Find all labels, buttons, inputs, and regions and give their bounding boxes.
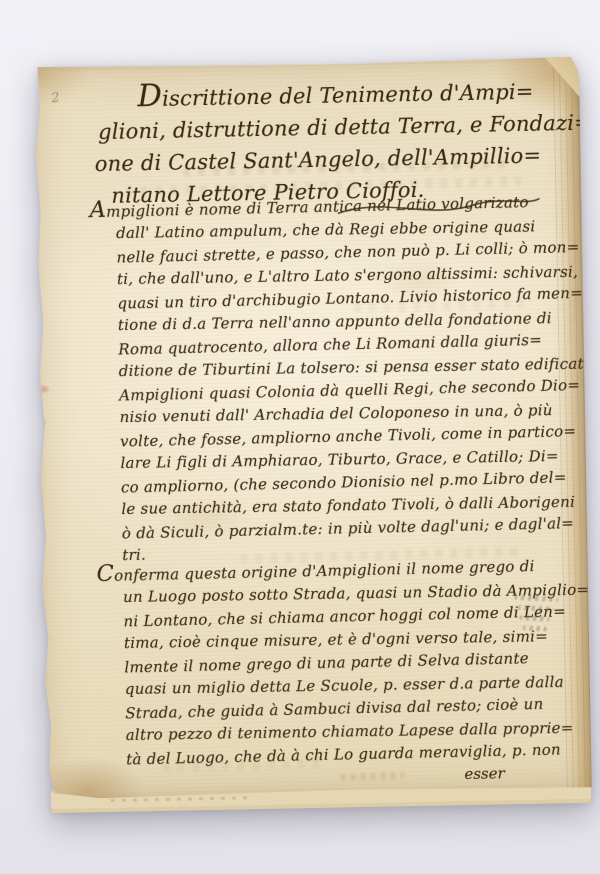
paragraph-block-2: Conferma questa origine d'Ampiglioni il … xyxy=(96,553,574,771)
pencil-margin-note xyxy=(507,595,559,637)
photo-background: 2 Discrittione del Tenimento d'Ampi=glio… xyxy=(0,0,600,874)
bleedthrough-text xyxy=(340,772,404,781)
catchword: esser xyxy=(424,764,544,784)
manuscript-stack: 2 Discrittione del Tenimento d'Ampi=glio… xyxy=(31,57,593,813)
paragraph-block-1: Ampiglioni è nome di Terra antica nel La… xyxy=(89,189,570,568)
manuscript-sheet: 2 Discrittione del Tenimento d'Ampi=glio… xyxy=(31,57,593,799)
pencil-scribble xyxy=(514,595,558,602)
pencil-scribble xyxy=(519,615,549,622)
pencil-scribble xyxy=(518,605,554,612)
page-corner-mark: 2 xyxy=(50,90,61,106)
pencil-scribble xyxy=(523,625,547,631)
